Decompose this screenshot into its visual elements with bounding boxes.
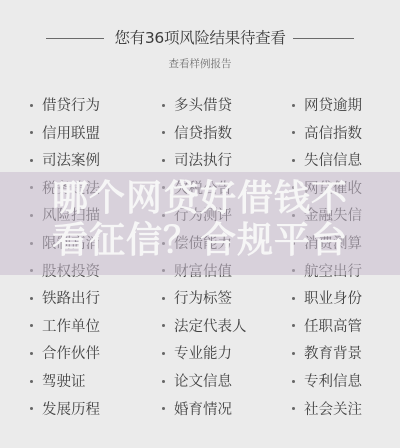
risk-item-label: 网贷逾期: [304, 98, 362, 114]
risk-item-label: 司法案例: [42, 153, 100, 169]
risk-item: 失信信息: [292, 150, 362, 172]
bullet-icon: [162, 104, 165, 107]
risk-item: 教育背景: [292, 343, 362, 365]
risk-item: 合作伙伴: [30, 343, 100, 365]
bullet-icon: [30, 131, 33, 134]
risk-item: 工作单位: [30, 316, 100, 338]
risk-count-title: 您有36项风险结果待查看: [108, 26, 292, 50]
risk-item-label: 驾驶证: [42, 374, 86, 390]
risk-item: 社会关注: [292, 399, 362, 421]
risk-item-label: 婚育情况: [174, 402, 232, 418]
risk-item: 铁路出行: [30, 288, 100, 310]
risk-item-label: 信贷指数: [174, 126, 232, 142]
risk-item: 信用联盟: [30, 123, 100, 145]
risk-item-label: 借贷行为: [42, 98, 100, 114]
risk-item-label: 信用联盟: [42, 126, 100, 142]
bullet-icon: [162, 297, 165, 300]
risk-item-label: 任职高管: [304, 319, 362, 335]
risk-item: 司法执行: [162, 150, 232, 172]
bullet-icon: [30, 104, 33, 107]
risk-item: 发展历程: [30, 399, 100, 421]
risk-item-label: 职业身份: [304, 291, 362, 307]
risk-item: 法定代表人: [162, 316, 247, 338]
risk-item-label: 失信信息: [304, 153, 362, 169]
risk-item: 任职高管: [292, 316, 362, 338]
risk-item-label: 教育背景: [304, 346, 362, 362]
bullet-icon: [30, 159, 33, 162]
bullet-icon: [30, 407, 33, 410]
risk-item-label: 专业能力: [174, 346, 232, 362]
header-divider-left: [46, 38, 104, 39]
risk-item-label: 行为标签: [174, 291, 232, 307]
bullet-icon: [292, 104, 295, 107]
header-divider-right: [293, 38, 354, 39]
bullet-icon: [162, 407, 165, 410]
bullet-icon: [162, 131, 165, 134]
bullet-icon: [30, 324, 33, 327]
risk-item-label: 发展历程: [42, 402, 100, 418]
risk-item-label: 工作单位: [42, 319, 100, 335]
risk-item-label: 司法执行: [174, 153, 232, 169]
risk-item-label: 社会关注: [304, 402, 362, 418]
bullet-icon: [292, 159, 295, 162]
risk-item: 专业能力: [162, 343, 232, 365]
bullet-icon: [292, 352, 295, 355]
report-header: 您有36项风险结果待查看: [0, 26, 400, 50]
bullet-icon: [292, 324, 295, 327]
risk-item: 职业身份: [292, 288, 362, 310]
risk-item: 婚育情况: [162, 399, 232, 421]
bullet-icon: [292, 380, 295, 383]
headline-line-2: 看征信？合规平台: [0, 220, 400, 262]
risk-item-label: 法定代表人: [174, 319, 247, 335]
bullet-icon: [292, 407, 295, 410]
bullet-icon: [162, 324, 165, 327]
article-headline-overlay: 哪个网贷好借钱不 看征信？合规平台: [0, 178, 400, 262]
bullet-icon: [30, 297, 33, 300]
risk-item-label: 高信指数: [304, 126, 362, 142]
risk-item: 司法案例: [30, 150, 100, 172]
risk-item: 论文信息: [162, 371, 232, 393]
headline-line-1: 哪个网贷好借钱不: [0, 178, 400, 220]
risk-item: 多头借贷: [162, 95, 232, 117]
bullet-icon: [162, 352, 165, 355]
bullet-icon: [30, 352, 33, 355]
risk-item-label: 专利信息: [304, 374, 362, 390]
bullet-icon: [162, 380, 165, 383]
risk-item: 网贷逾期: [292, 95, 362, 117]
risk-item: 专利信息: [292, 371, 362, 393]
risk-item: 信贷指数: [162, 123, 232, 145]
view-sample-report-link[interactable]: 查看样例报告: [0, 56, 400, 72]
bullet-icon: [162, 159, 165, 162]
risk-item: 高信指数: [292, 123, 362, 145]
risk-item: 驾驶证: [30, 371, 86, 393]
risk-item-label: 论文信息: [174, 374, 232, 390]
risk-item: 借贷行为: [30, 95, 100, 117]
bullet-icon: [30, 380, 33, 383]
bullet-icon: [292, 131, 295, 134]
risk-item-label: 合作伙伴: [42, 346, 100, 362]
risk-item-label: 多头借贷: [174, 98, 232, 114]
risk-item: 行为标签: [162, 288, 232, 310]
risk-item-label: 铁路出行: [42, 291, 100, 307]
bullet-icon: [292, 297, 295, 300]
